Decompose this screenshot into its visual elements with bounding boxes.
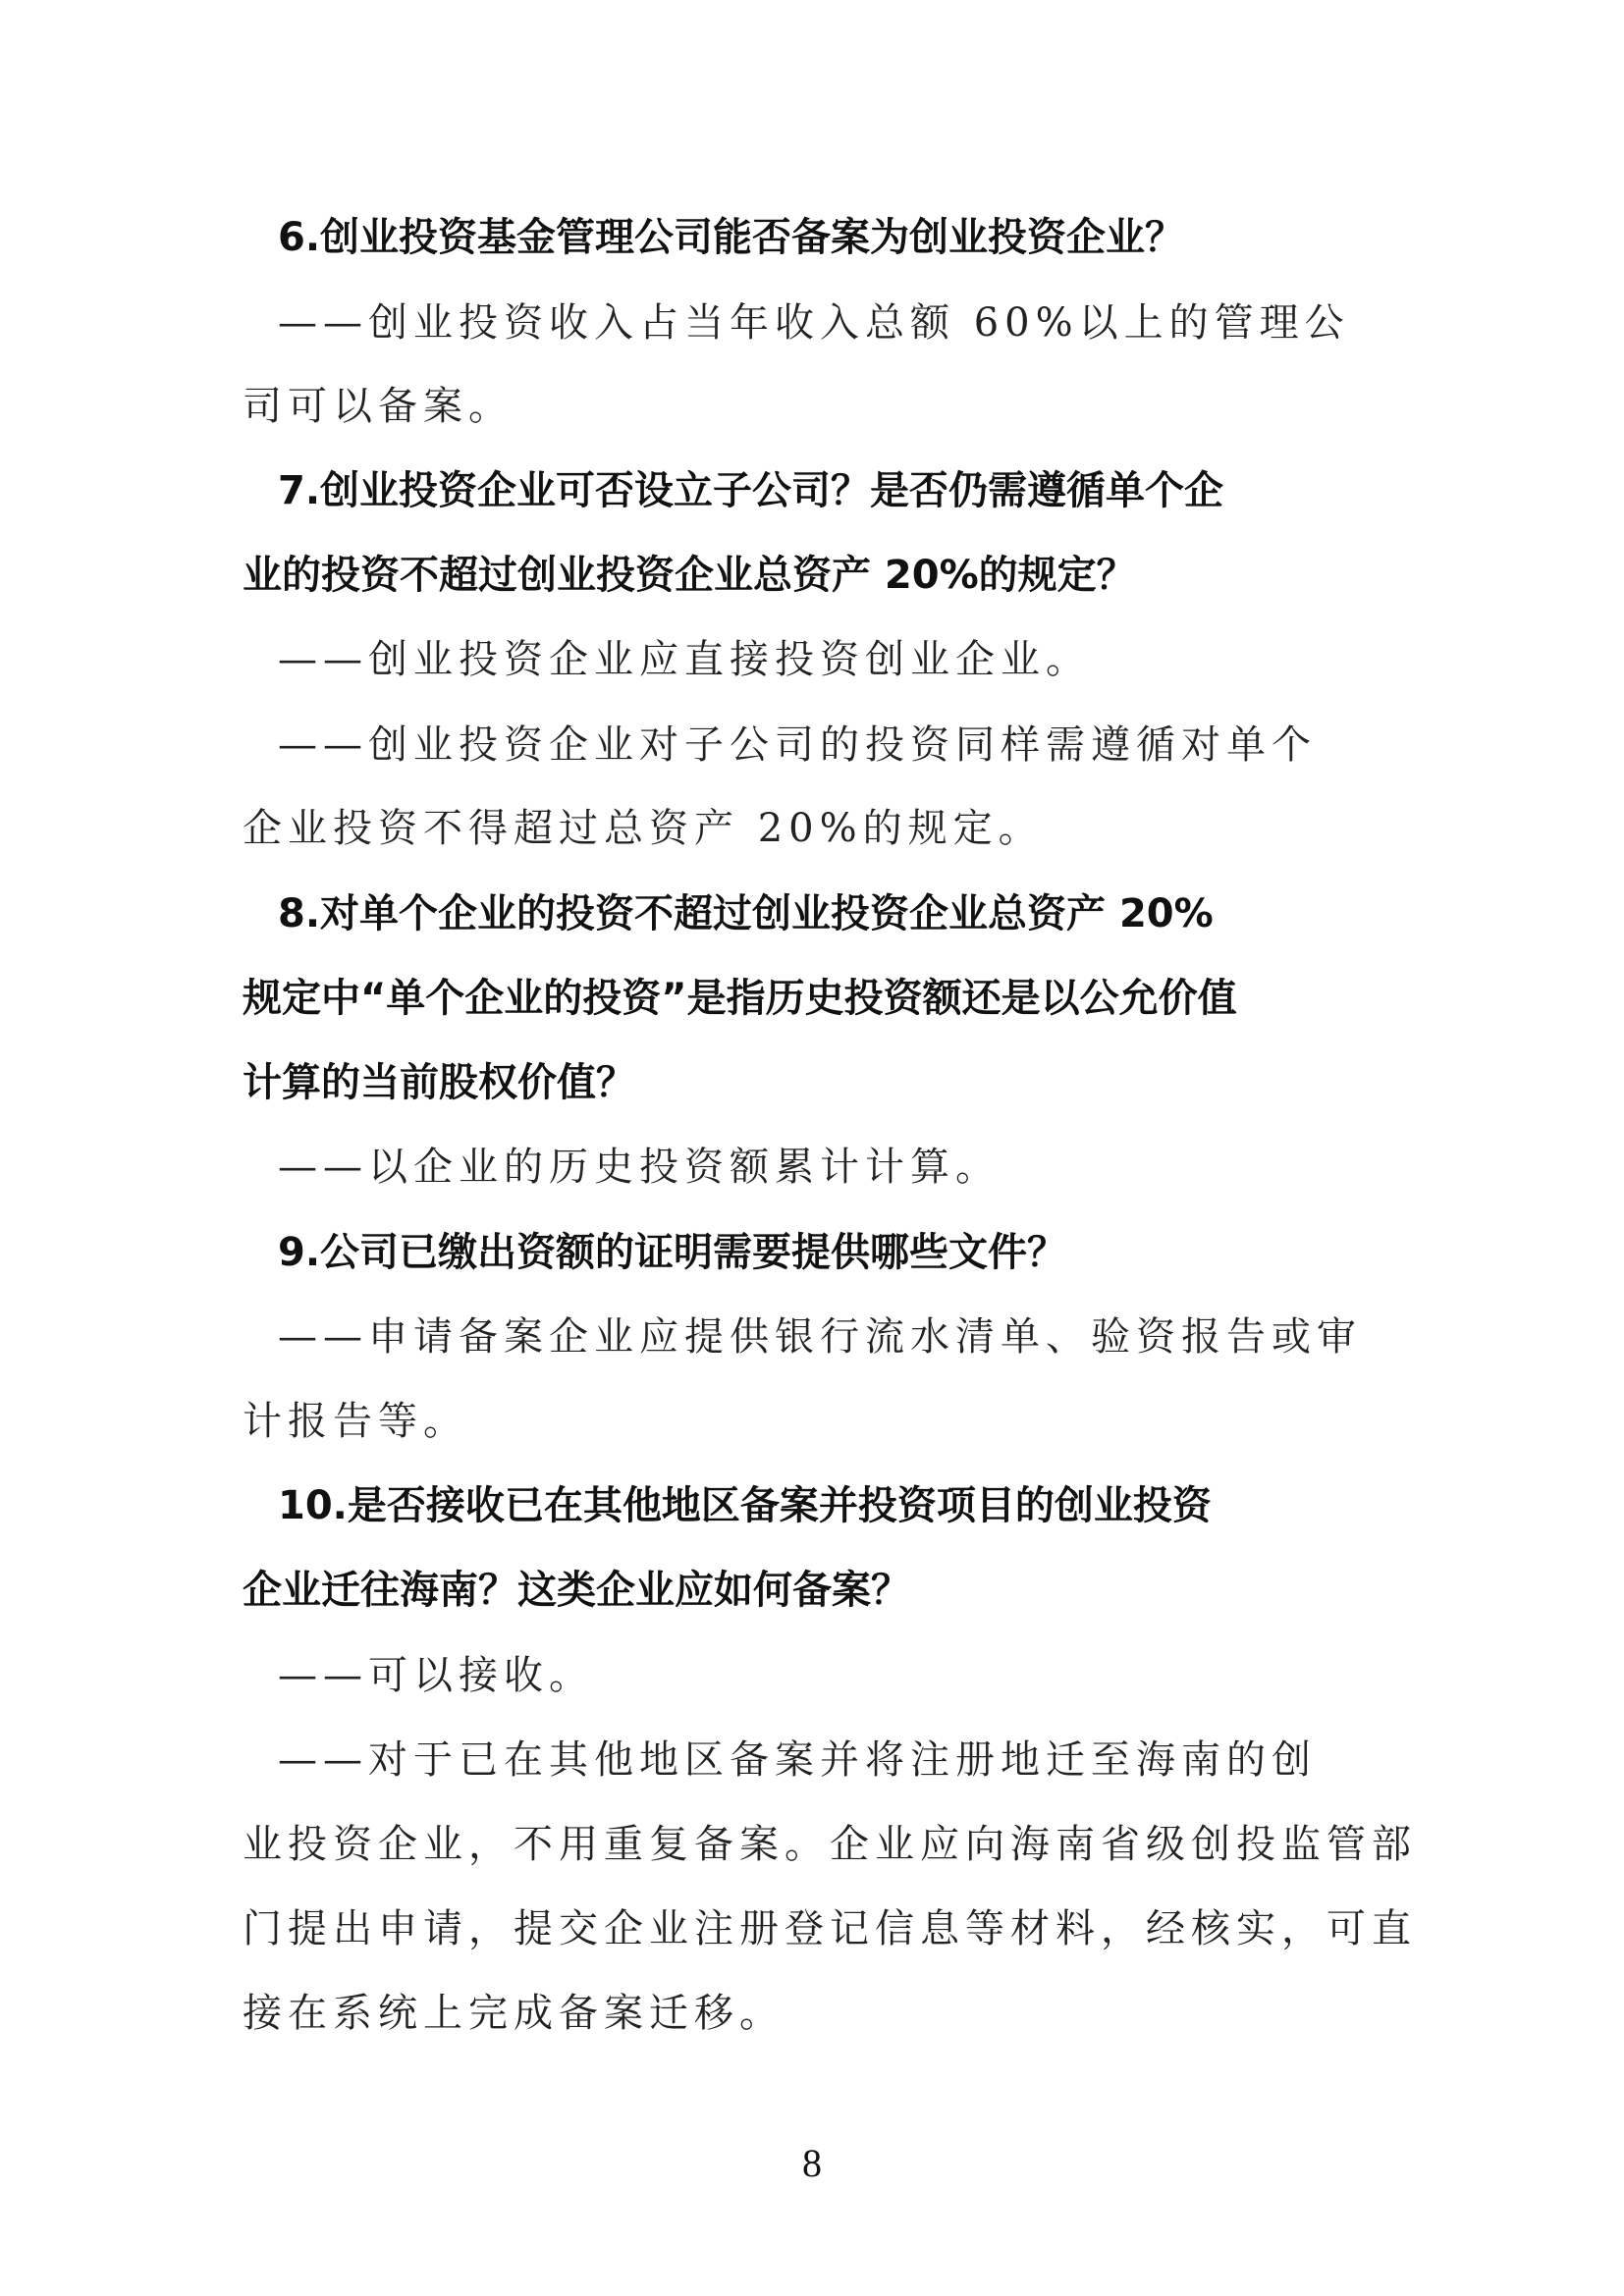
document-page: 6.创业投资基金管理公司能否备案为创业投资企业？ ——创业投资收入占当年收入总额… [0, 0, 1624, 2296]
answer-10-b-line-3: 门提出申请，提交企业注册登记信息等材料，经核实，可直 [243, 1905, 1417, 1952]
answer-9-line-2: 计报告等。 [243, 1398, 468, 1445]
question-9: 9.公司已缴出资额的证明需要提供哪些文件？ [278, 1229, 1066, 1276]
answer-7-b-line-1: ——创业投资企业对子公司的投资同样需遵循对单个 [278, 721, 1317, 769]
question-10-line-2: 企业迁往海南？这类企业应如何备案？ [243, 1567, 910, 1614]
answer-10-b-line-2: 业投资企业，不用重复备案。企业应向海南省级创投监管部 [243, 1821, 1417, 1868]
answer-9-line-1: ——申请备案企业应提供银行流水清单、验资报告或审 [278, 1313, 1362, 1361]
question-8-line-2: 规定中“单个企业的投资”是指历史投资额还是以公允价值 [243, 975, 1237, 1022]
answer-7-b-line-2: 企业投资不得超过总资产 20%的规定。 [243, 805, 1044, 852]
question-8-line-3: 计算的当前股权价值？ [243, 1059, 635, 1106]
question-8-line-1: 8.对单个企业的投资不超过创业投资企业总资产 20% [278, 890, 1214, 937]
answer-10-b-line-1: ——对于已在其他地区备案并将注册地迁至海南的创 [278, 1736, 1317, 1784]
answer-6-line-2: 司可以备案。 [243, 383, 514, 430]
question-7-line-2: 业的投资不超过创业投资企业总资产 20%的规定？ [243, 552, 1136, 599]
question-10-line-1: 10.是否接收已在其他地区备案并投资项目的创业投资 [278, 1482, 1212, 1529]
question-6: 6.创业投资基金管理公司能否备案为创业投资企业？ [278, 214, 1184, 261]
answer-7-a: ——创业投资企业应直接投资创业企业。 [278, 636, 1091, 683]
answer-10-b-line-4: 接在系统上完成备案迁移。 [243, 1990, 785, 2037]
page-number: 8 [0, 2140, 1624, 2186]
answer-10-a: ——可以接收。 [278, 1652, 594, 1699]
answer-8: ——以企业的历史投资额累计计算。 [278, 1144, 1001, 1191]
answer-6-line-1: ——创业投资收入占当年收入总额 60%以上的管理公 [278, 299, 1350, 347]
question-7-line-1: 7.创业投资企业可否设立子公司？是否仍需遵循单个企 [278, 467, 1223, 514]
